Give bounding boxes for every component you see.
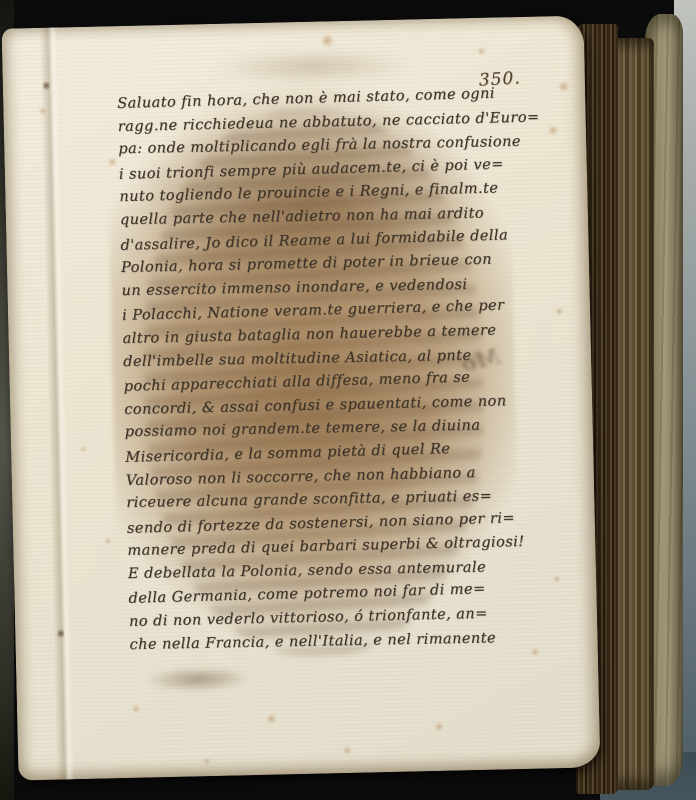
foxing-spot [549, 126, 558, 135]
foxing-spot [204, 758, 210, 764]
foxing-spot [105, 538, 111, 544]
foxing-spot [344, 747, 351, 754]
foxing-spot [559, 82, 569, 92]
foxing-spot [435, 723, 443, 731]
manuscript-page: Saluato fin hora, che non è mai stato, c… [2, 15, 601, 780]
bleedthrough-smudge-top [217, 48, 408, 86]
foxing-spot [267, 715, 276, 724]
foxing-spot [81, 447, 86, 452]
page-gutter-fold [40, 27, 75, 779]
foxing-spot [554, 576, 560, 582]
sewing-notch [43, 80, 50, 92]
foxing-spots [2, 15, 584, 28]
foxing-spot [532, 649, 539, 656]
page-number: 350. [478, 68, 521, 90]
foxing-spot [322, 35, 334, 47]
manuscript-photo: Saluato fin hora, che non è mai stato, c… [0, 0, 696, 800]
foxing-spot [133, 706, 140, 713]
foxing-spot [556, 308, 563, 315]
sewing-notch [57, 627, 64, 639]
bleedthrough-smudge [148, 665, 259, 693]
foxing-spot [478, 48, 485, 55]
